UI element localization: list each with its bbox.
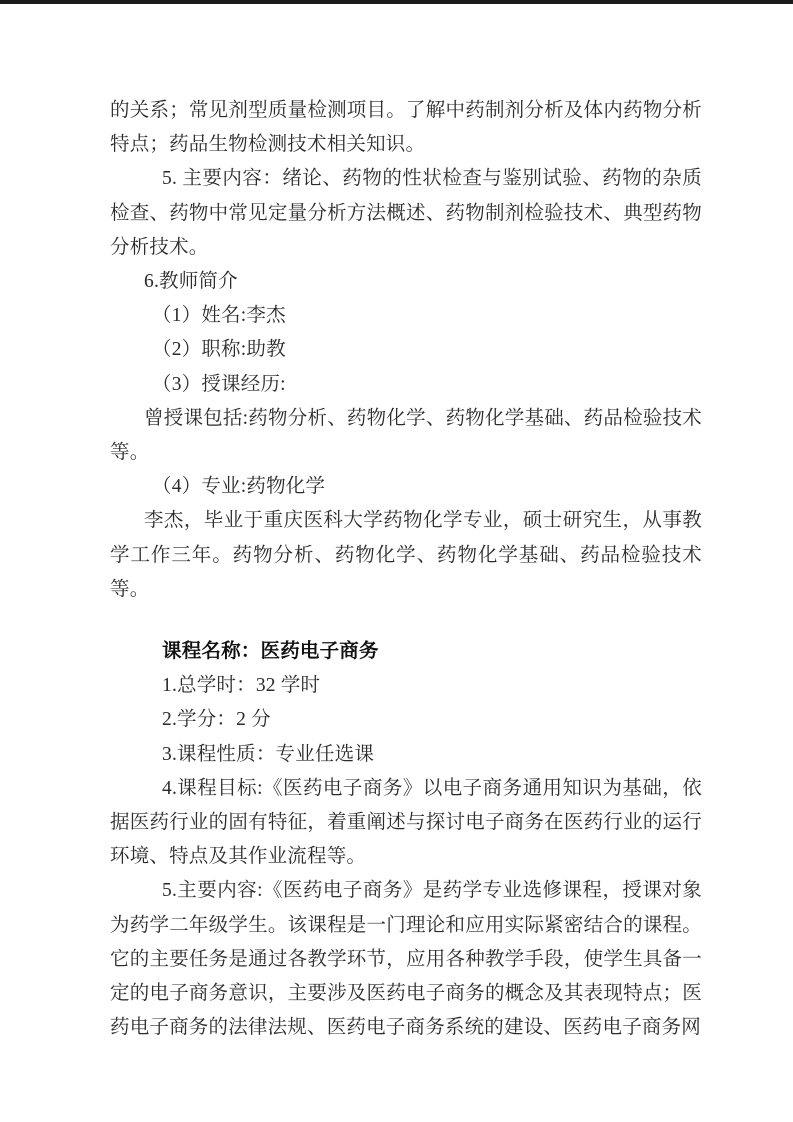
para-credits: 2.学分：2 分 [110,703,702,737]
para-main-content-item5: 5. 主要内容：绪论、药物的性状检查与鉴别试验、药物的杂质检查、药物中常见定量分… [110,162,702,265]
para-teacher-intro-item6: 6.教师简介 [110,265,702,299]
course-title: 课程名称：医药电子商务 [110,635,702,669]
para-continuation-drug-analysis: 的关系；常见剂型质量检测项目。了解中药制剂分析及体内药物分析特点；药品生物检测技… [110,94,702,162]
para-course-goal: 4.课程目标:《医药电子商务》以电子商务通用知识为基础，依据医药行业的固有特征，… [110,772,702,875]
para-course-nature: 3.课程性质：专业任选课 [110,738,702,772]
para-teacher-major: （4）专业:药物化学 [110,470,702,504]
document-body: 的关系；常见剂型质量检测项目。了解中药制剂分析及体内药物分析特点；药品生物检测技… [0,4,793,1045]
document-page: 的关系；常见剂型质量检测项目。了解中药制剂分析及体内药物分析特点；药品生物检测技… [0,0,793,1122]
para-teacher-rank: （2）职称:助教 [110,333,702,367]
para-total-hours: 1.总学时：32 学时 [110,669,702,703]
para-teaching-history-label: （3）授课经历: [110,368,702,402]
para-teacher-name: （1）姓名:李杰 [110,299,702,333]
para-teacher-bio: 李杰，毕业于重庆医科大学药物化学专业，硕士研究生，从事教学工作三年。药物分析、药… [110,504,702,607]
para-courses-taught: 曾授课包括:药物分析、药物化学、药物化学基础、药品检验技术等。 [110,402,702,470]
para-main-content-ecommerce: 5.主要内容:《医药电子商务》是药学专业选修课程，授课对象为药学二年级学生。该课… [110,874,702,1045]
